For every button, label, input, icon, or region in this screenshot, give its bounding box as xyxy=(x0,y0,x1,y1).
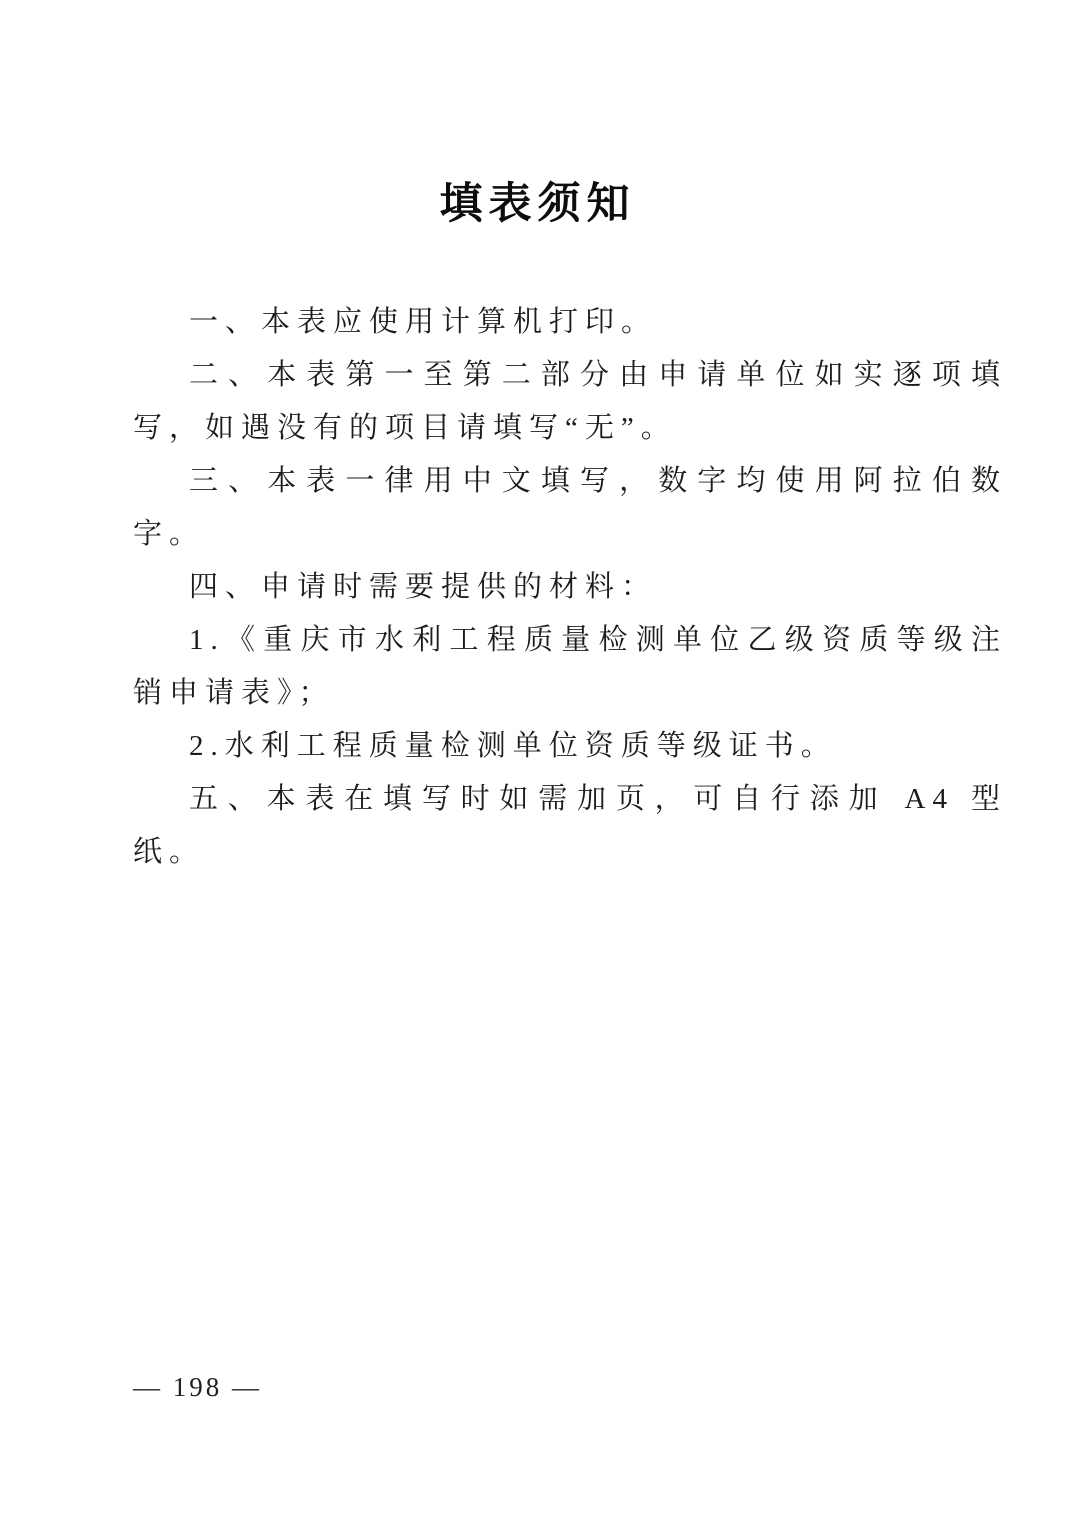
notice-body: 一、本表应使用计算机打印。 二、本表第一至第二部分由申请单位如实逐项填写，如遇没… xyxy=(133,296,1007,879)
notice-material-item-1: 1.《重庆市水利工程质量检测单位乙级资质等级注销申请表》； xyxy=(133,614,1007,720)
notice-paragraph-5: 五、本表在填写时如需加页，可自行添加 A4 型纸。 xyxy=(133,773,1007,879)
notice-paragraph-3: 三、本表一律用中文填写，数字均使用阿拉伯数字。 xyxy=(133,455,1007,561)
notice-paragraph-2: 二、本表第一至第二部分由申请单位如实逐项填写，如遇没有的项目请填写“无”。 xyxy=(133,349,1007,455)
notice-paragraph-1: 一、本表应使用计算机打印。 xyxy=(133,296,1007,349)
notice-material-item-2: 2.水利工程质量检测单位资质等级证书。 xyxy=(133,720,1007,773)
document-page: 填表须知 一、本表应使用计算机打印。 二、本表第一至第二部分由申请单位如实逐项填… xyxy=(0,0,1075,1519)
page-number: — 198 — xyxy=(133,1372,262,1402)
notice-paragraph-4: 四、申请时需要提供的材料： xyxy=(133,561,1007,614)
page-title: 填表须知 xyxy=(0,180,1075,230)
